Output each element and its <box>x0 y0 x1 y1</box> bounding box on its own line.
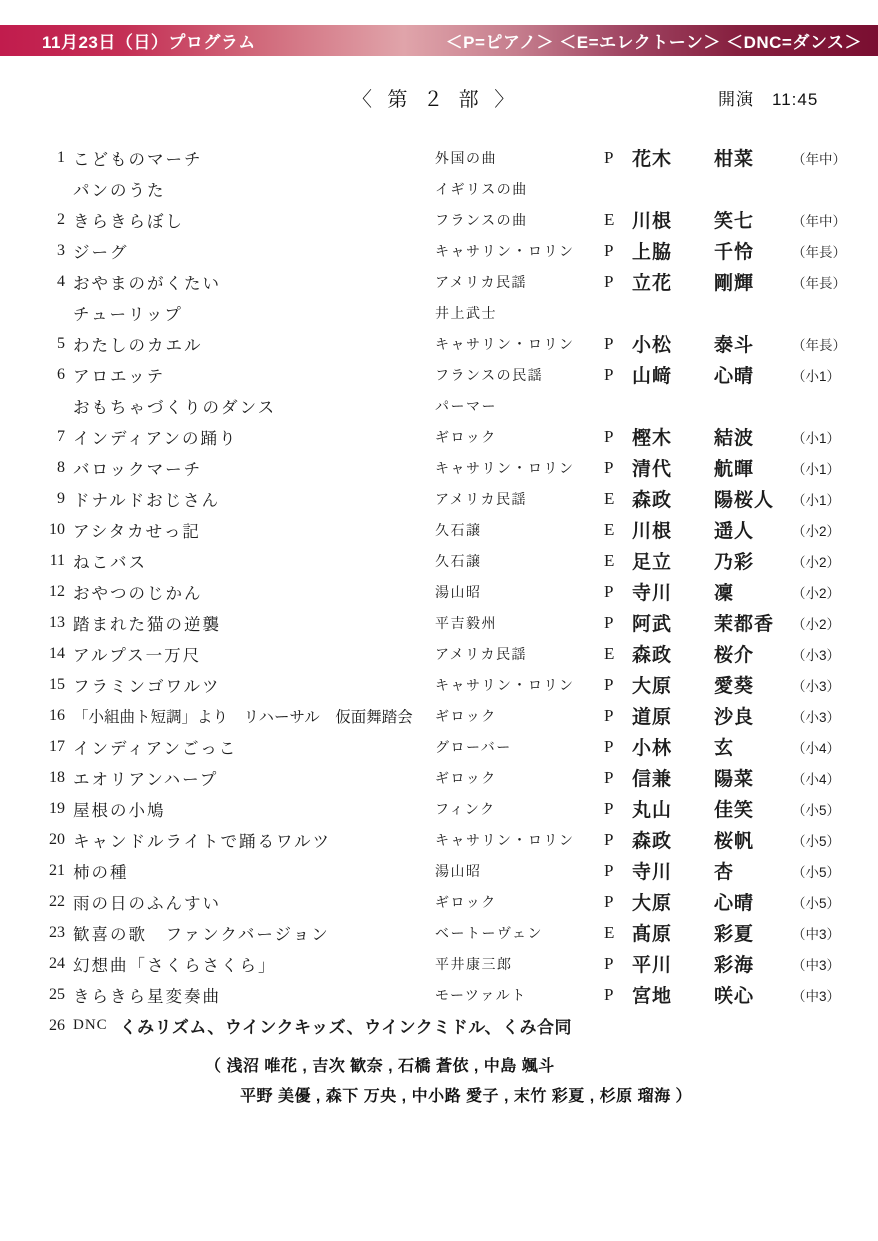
performer-last-name: 小林 <box>632 733 714 760</box>
composer-name: アメリカ民謡 <box>430 489 600 509</box>
instrument-code: P <box>600 737 632 757</box>
piece-title: 幻想曲「さくらさくら」 <box>65 952 430 976</box>
performer-last-name: 上脇 <box>632 237 714 264</box>
piece-number: 1 <box>0 149 65 167</box>
performer-last-name: 丸山 <box>632 795 714 822</box>
performer-first-name: 彩海 <box>714 950 792 977</box>
piece-number: 6 <box>0 366 65 384</box>
performer-last-name: 平川 <box>632 950 714 977</box>
performer-last-name: 寺川 <box>632 857 714 884</box>
piece-number: 4 <box>0 273 65 291</box>
piece-title: 雨の日のふんすい <box>65 890 430 914</box>
piece-number: 26 <box>0 1017 65 1035</box>
performer-last-name: 立花 <box>632 268 714 295</box>
instrument-code: E <box>600 923 632 943</box>
instrument-code: P <box>600 768 632 788</box>
piece-title: ジーグ <box>65 239 430 263</box>
performer-grade: （小2） <box>792 613 878 633</box>
piece-number: 2 <box>0 211 65 229</box>
program-row: 2きらきらぼしフランスの曲E川根笑七（年中） <box>0 204 878 235</box>
instrument-code: P <box>600 148 632 168</box>
instrument-code: P <box>600 365 632 385</box>
piece-number: 22 <box>0 893 65 911</box>
program-row: 12おやつのじかん湯山昭P寺川凜（小2） <box>0 576 878 607</box>
performer-last-name: 花木 <box>632 144 714 171</box>
performer-first-name: 心晴 <box>714 361 792 388</box>
piece-title: キャンドルライトで踊るワルツ <box>65 828 430 852</box>
performer-last-name: 川根 <box>632 516 714 543</box>
program-row: 15フラミンゴワルツキャサリン・ロリンP大原愛葵（小3） <box>0 669 878 700</box>
performer-grade: （小5） <box>792 892 878 912</box>
composer-name: キャサリン・ロリン <box>430 458 600 478</box>
program-row: 9ドナルドおじさんアメリカ民謡E森政陽桜人（小1） <box>0 483 878 514</box>
program-row: 21柿の種湯山昭P寺川杏（小5） <box>0 855 878 886</box>
instrument-code: P <box>600 954 632 974</box>
program-row: 3ジーグキャサリン・ロリンP上脇千怜（年長） <box>0 235 878 266</box>
performer-last-name: 道原 <box>632 702 714 729</box>
piece-title: ねこバス <box>65 549 430 573</box>
performer-first-name: 結波 <box>714 423 792 450</box>
composer-name: アメリカ民謡 <box>430 272 600 292</box>
composer-name: フィンク <box>430 799 600 819</box>
performer-grade: （年中） <box>792 148 878 168</box>
performer-grade: （小5） <box>792 861 878 881</box>
piece-title: 踏まれた猫の逆襲 <box>65 611 430 635</box>
instrument-code: E <box>600 644 632 664</box>
piece-number: 20 <box>0 831 65 849</box>
composer-name: フランスの民謡 <box>430 365 600 385</box>
piece-title: バロックマーチ <box>65 456 430 480</box>
performer-last-name: 森政 <box>632 640 714 667</box>
program-list: 1こどものマーチ外国の曲P花木柑菜（年中）パンのうたイギリスの曲2きらきらぼしフ… <box>0 142 878 1010</box>
composer-name: 湯山昭 <box>430 582 600 602</box>
performer-last-name: 樫木 <box>632 423 714 450</box>
performer-first-name: 茉都香 <box>714 609 792 636</box>
piece-title: アルプス一万尺 <box>65 642 430 666</box>
finale-row: 26 DNC くみリズム、ウインクキッズ、ウインクミドル、くみ合同 <box>0 1010 878 1041</box>
performer-grade: （小4） <box>792 737 878 757</box>
performer-last-name: 足立 <box>632 547 714 574</box>
performer-last-name: 大原 <box>632 888 714 915</box>
composer-name: ギロック <box>430 706 600 726</box>
instrument-code: P <box>600 458 632 478</box>
piece-title: インディアンの踊り <box>65 425 430 449</box>
piece-number: 7 <box>0 428 65 446</box>
piece-number: 15 <box>0 676 65 694</box>
piece-title: エオリアンハープ <box>65 766 430 790</box>
piece-title: 歓喜の歌 ファンクバージョン <box>65 921 430 945</box>
piece-title: きらきらぼし <box>65 208 430 232</box>
performer-first-name: 千怜 <box>714 237 792 264</box>
instrument-code: P <box>600 861 632 881</box>
composer-name: キャサリン・ロリン <box>430 241 600 261</box>
instrument-code: P <box>600 272 632 292</box>
section-heading: 〈 第 ２ 部 〉 開演 11:45 <box>0 84 878 116</box>
instrument-code: P <box>600 892 632 912</box>
piece-number: 3 <box>0 242 65 260</box>
performer-first-name: 佳笑 <box>714 795 792 822</box>
program-date-title: 11月23日（日）プログラム <box>42 28 256 53</box>
piece-title: チューリップ <box>65 301 430 325</box>
ensemble-members-line2: 平野 美優 , 森下 万央 , 中小路 愛子 , 末竹 彩夏 , 杉原 瑠海 ） <box>0 1082 878 1112</box>
performer-first-name: 陽桜人 <box>714 485 792 512</box>
performer-grade: （小5） <box>792 830 878 850</box>
program-row: 17インディアンごっこグローバーP小林玄（小4） <box>0 731 878 762</box>
composer-name: フランスの曲 <box>430 210 600 230</box>
instrument-code: P <box>600 675 632 695</box>
piece-number: 25 <box>0 986 65 1004</box>
performer-grade: （中3） <box>792 923 878 943</box>
piece-title: アロエッテ <box>65 363 430 387</box>
program-row: 19屋根の小鳩フィンクP丸山佳笑（小5） <box>0 793 878 824</box>
header-banner: 11月23日（日）プログラム ＜P=ピアノ＞ ＜E=エレクトーン＞ ＜DNC=ダ… <box>0 25 878 56</box>
section-title: 〈 第 ２ 部 〉 <box>352 84 519 116</box>
performer-last-name: 川根 <box>632 206 714 233</box>
piece-title: 屋根の小鳩 <box>65 797 430 821</box>
program-row: 18エオリアンハープギロックP信兼陽菜（小4） <box>0 762 878 793</box>
performer-first-name: 愛葵 <box>714 671 792 698</box>
composer-name: ギロック <box>430 768 600 788</box>
performer-grade: （小1） <box>792 427 878 447</box>
performer-first-name: 桜帆 <box>714 826 792 853</box>
performer-last-name: 清代 <box>632 454 714 481</box>
piece-title: わたしのカエル <box>65 332 430 356</box>
program-row: 6アロエッテフランスの民謡P山﨑心晴（小1） <box>0 359 878 390</box>
composer-name: 久石譲 <box>430 551 600 571</box>
performer-grade: （小2） <box>792 551 878 571</box>
performer-grade: （年長） <box>792 241 878 261</box>
composer-name: グローバー <box>430 737 600 757</box>
performer-first-name: 乃彩 <box>714 547 792 574</box>
composer-name: ギロック <box>430 892 600 912</box>
program-row: パンのうたイギリスの曲 <box>0 173 878 204</box>
piece-title: おやつのじかん <box>65 580 430 604</box>
program-row: 1こどものマーチ外国の曲P花木柑菜（年中） <box>0 142 878 173</box>
composer-name: 平吉毅州 <box>430 613 600 633</box>
performer-grade: （小3） <box>792 644 878 664</box>
piece-number: 19 <box>0 800 65 818</box>
composer-name: アメリカ民謡 <box>430 644 600 664</box>
start-time: 開演 11:45 <box>718 84 818 116</box>
piece-number: 12 <box>0 583 65 601</box>
performer-grade: （中3） <box>792 954 878 974</box>
performer-last-name: 信兼 <box>632 764 714 791</box>
performer-first-name: 柑菜 <box>714 144 792 171</box>
composer-name: 湯山昭 <box>430 861 600 881</box>
performer-grade: （小1） <box>792 365 878 385</box>
performer-last-name: 森政 <box>632 485 714 512</box>
performer-grade: （年長） <box>792 272 878 292</box>
instrument-code: P <box>600 985 632 1005</box>
dance-code: DNC <box>73 1017 108 1034</box>
composer-name: モーツァルト <box>430 985 600 1005</box>
ensemble-members-line1: （ 浅沼 唯花 , 吉次 歓奈 , 石橋 蒼依 , 中島 颯斗 <box>0 1052 878 1082</box>
piece-number: 14 <box>0 645 65 663</box>
performer-last-name: 小松 <box>632 330 714 357</box>
piece-title: こどものマーチ <box>65 146 430 170</box>
instrument-code: P <box>600 334 632 354</box>
performer-grade: （中3） <box>792 985 878 1005</box>
composer-name: ギロック <box>430 427 600 447</box>
performer-first-name: 咲心 <box>714 981 792 1008</box>
composer-name: 平井康三郎 <box>430 954 600 974</box>
piece-number: 17 <box>0 738 65 756</box>
piece-number: 5 <box>0 335 65 353</box>
performer-grade: （小1） <box>792 489 878 509</box>
program-row: 10アシタカせっ記久石譲E川根遥人（小2） <box>0 514 878 545</box>
program-row: 24幻想曲「さくらさくら」平井康三郎P平川彩海（中3） <box>0 948 878 979</box>
program-row: おもちゃづくりのダンスパーマー <box>0 390 878 421</box>
performer-last-name: 阿武 <box>632 609 714 636</box>
performer-last-name: 寺川 <box>632 578 714 605</box>
program-row: 5わたしのカエルキャサリン・ロリンP小松泰斗（年長） <box>0 328 878 359</box>
performer-grade: （小4） <box>792 768 878 788</box>
composer-name: キャサリン・ロリン <box>430 675 600 695</box>
performer-grade: （年長） <box>792 334 878 354</box>
performer-first-name: 心晴 <box>714 888 792 915</box>
piece-number: 16 <box>0 707 65 725</box>
instrument-code: P <box>600 613 632 633</box>
performer-last-name: 髙原 <box>632 919 714 946</box>
piece-number: 18 <box>0 769 65 787</box>
composer-name: キャサリン・ロリン <box>430 830 600 850</box>
performer-first-name: 剛輝 <box>714 268 792 295</box>
program-row: 22雨の日のふんすいギロックP大原心晴（小5） <box>0 886 878 917</box>
performer-last-name: 大原 <box>632 671 714 698</box>
performer-last-name: 山﨑 <box>632 361 714 388</box>
piece-number: 24 <box>0 955 65 973</box>
instrument-code: E <box>600 489 632 509</box>
piece-title: アシタカせっ記 <box>65 518 430 542</box>
instrument-legend: ＜P=ピアノ＞ ＜E=エレクトーン＞ ＜DNC=ダンス＞ <box>446 28 862 53</box>
piece-number: 13 <box>0 614 65 632</box>
piece-title: 柿の種 <box>65 859 430 883</box>
piece-number: 8 <box>0 459 65 477</box>
program-row: 7インディアンの踊りギロックP樫木結波（小1） <box>0 421 878 452</box>
composer-name: ベートーヴェン <box>430 923 600 943</box>
program-row: 4おやまのがくたいアメリカ民謡P立花剛輝（年長） <box>0 266 878 297</box>
performer-grade: （小3） <box>792 675 878 695</box>
instrument-code: P <box>600 582 632 602</box>
instrument-code: P <box>600 427 632 447</box>
program-row: 23歓喜の歌 ファンクバージョンベートーヴェンE髙原彩夏（中3） <box>0 917 878 948</box>
piece-number: 21 <box>0 862 65 880</box>
composer-name: 井上武士 <box>430 303 600 323</box>
program-row: 8バロックマーチキャサリン・ロリンP清代航暉（小1） <box>0 452 878 483</box>
performer-first-name: 杏 <box>714 857 792 884</box>
piece-number: 23 <box>0 924 65 942</box>
performer-grade: （小3） <box>792 706 878 726</box>
composer-name: 久石譲 <box>430 520 600 540</box>
performer-grade: （小5） <box>792 799 878 819</box>
piece-title: 「小組曲ト短調」より リハーサル 仮面舞踏会 <box>65 705 430 727</box>
performer-first-name: 笑七 <box>714 206 792 233</box>
performer-first-name: 桜介 <box>714 640 792 667</box>
instrument-code: E <box>600 210 632 230</box>
composer-name: キャサリン・ロリン <box>430 334 600 354</box>
performer-first-name: 遥人 <box>714 516 792 543</box>
program-row: チューリップ井上武士 <box>0 297 878 328</box>
instrument-code: P <box>600 830 632 850</box>
piece-title: パンのうた <box>65 177 430 201</box>
piece-number: 9 <box>0 490 65 508</box>
piece-title: おやまのがくたい <box>65 270 430 294</box>
performer-first-name: 玄 <box>714 733 792 760</box>
piece-title: きらきら星変奏曲 <box>65 983 430 1007</box>
performer-last-name: 宮地 <box>632 981 714 1008</box>
program-row: 16「小組曲ト短調」より リハーサル 仮面舞踏会ギロックP道原沙良（小3） <box>0 700 878 731</box>
performer-grade: （小1） <box>792 458 878 478</box>
performer-grade: （小2） <box>792 582 878 602</box>
finale-groups: くみリズム、ウインクキッズ、ウインクミドル、くみ合同 <box>120 1013 572 1038</box>
performer-first-name: 泰斗 <box>714 330 792 357</box>
piece-title: ドナルドおじさん <box>65 487 430 511</box>
performer-grade: （年中） <box>792 210 878 230</box>
performer-grade: （小2） <box>792 520 878 540</box>
ensemble-members: （ 浅沼 唯花 , 吉次 歓奈 , 石橋 蒼依 , 中島 颯斗 平野 美優 , … <box>0 1052 878 1112</box>
instrument-code: E <box>600 551 632 571</box>
piece-number: 10 <box>0 521 65 539</box>
performer-first-name: 沙良 <box>714 702 792 729</box>
piece-title: インディアンごっこ <box>65 735 430 759</box>
performer-last-name: 森政 <box>632 826 714 853</box>
program-row: 25きらきら星変奏曲モーツァルトP宮地咲心（中3） <box>0 979 878 1010</box>
instrument-code: P <box>600 241 632 261</box>
program-row: 13踏まれた猫の逆襲平吉毅州P阿武茉都香（小2） <box>0 607 878 638</box>
program-row: 20キャンドルライトで踊るワルツキャサリン・ロリンP森政桜帆（小5） <box>0 824 878 855</box>
performer-first-name: 陽菜 <box>714 764 792 791</box>
performer-first-name: 彩夏 <box>714 919 792 946</box>
performer-first-name: 凜 <box>714 578 792 605</box>
program-row: 11ねこバス久石譲E足立乃彩（小2） <box>0 545 878 576</box>
composer-name: イギリスの曲 <box>430 179 600 199</box>
composer-name: パーマー <box>430 396 600 416</box>
instrument-code: E <box>600 520 632 540</box>
instrument-code: P <box>600 706 632 726</box>
piece-title: おもちゃづくりのダンス <box>65 394 430 418</box>
piece-title: フラミンゴワルツ <box>65 673 430 697</box>
performer-first-name: 航暉 <box>714 454 792 481</box>
program-row: 14アルプス一万尺アメリカ民謡E森政桜介（小3） <box>0 638 878 669</box>
piece-number: 11 <box>0 552 65 570</box>
composer-name: 外国の曲 <box>430 148 600 168</box>
instrument-code: P <box>600 799 632 819</box>
